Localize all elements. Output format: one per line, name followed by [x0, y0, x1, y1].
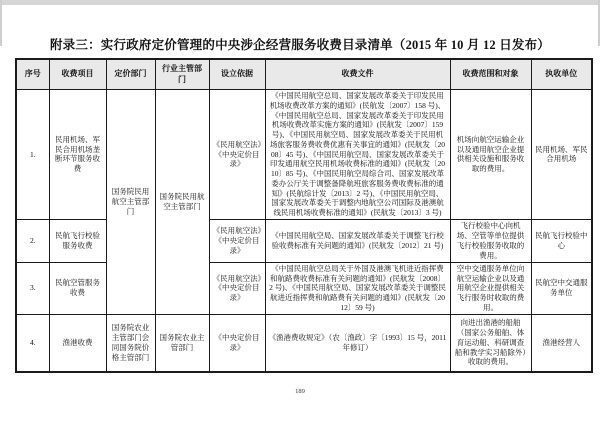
column-header-pricing-dept: 定价部门	[106, 59, 155, 90]
basis-cell: 《中央定价目录》	[209, 314, 265, 372]
table-row: 2. 民航飞行校验服务收费 《民用航空法》《中央定价目录》 《中国民用航空局、国…	[16, 219, 592, 262]
fees-table: 序号 收费项目 定价部门 行业主管部门 设立依据 收费文件 收费范围和对象 执收…	[15, 58, 593, 373]
column-header-documents: 收费文件	[265, 59, 450, 90]
documents-cell: 《中国民用航空总局关于外国及港澳飞机进近指挥费和航路费收费标准有关问题的通知》(…	[265, 262, 450, 314]
column-header-industry-dept: 行业主管部门	[155, 59, 209, 90]
basis-cell: 《民用航空法》《中央定价目录》	[209, 262, 265, 314]
table-row: 4. 渔港收费 国务院农业主管部门会同国务院价格主管部门 国务院农业主管部门 《…	[16, 314, 592, 372]
item-cell: 民航空管服务收费	[49, 262, 106, 314]
page-title: 附录三：实行政府定价管理的中央涉企经营服务收费目录清单（2015 年 10 月 …	[0, 35, 600, 53]
serial-cell: 4.	[16, 314, 49, 372]
item-cell: 民航飞行校验服务收费	[49, 219, 106, 262]
documents-cell: 《中国民用航空局、国家发展改革委关于调整飞行校验收费标准有关问题的通知》(民航发…	[265, 219, 450, 262]
documents-cell: 《渔港费收规定》（农〔渔政〕字〔1993〕15 号，2011 年修订）	[265, 314, 450, 372]
documents-cell: 《中国民用航空总局、国家发展改革委关于印发民用机场收费改革方案的通知》(民航发〔…	[265, 90, 450, 220]
item-cell: 民用机场、军民合用机场垄断环节服务收费	[49, 90, 106, 220]
scope-cell: 空中交通服务单位向航空运输企业以及通用航空企业提供相关飞行服务时收取的费用。	[450, 262, 531, 314]
industry-dept-cell: 国务院农业主管部门	[155, 314, 209, 372]
column-header-scope: 收费范围和对象	[450, 59, 531, 90]
scope-cell: 机场向航空运输企业以及通用航空企业提供相关设施和服务收取的费用。	[450, 90, 531, 220]
serial-cell: 2.	[16, 219, 49, 262]
column-header-serial: 序号	[16, 59, 49, 90]
column-header-basis: 设立依据	[209, 59, 265, 90]
unit-cell: 民用机场、军民合用机场	[531, 90, 592, 220]
scope-cell: 向进出渔港的船舶（国家公务船舶、体育运动船、科研调查船和教学实习船除外）收取的费…	[450, 314, 531, 372]
scope-cell: 飞行校验中心向机场、空管等单位提供飞行校验服务收取的费用。	[450, 219, 531, 262]
column-header-unit: 执收单位	[531, 59, 592, 90]
unit-cell: 民航飞行校验中心	[531, 219, 592, 262]
scan-edge-top	[0, 0, 600, 5]
document-page: 附录三：实行政府定价管理的中央涉企经营服务收费目录清单（2015 年 10 月 …	[0, 0, 600, 424]
table-header-row: 序号 收费项目 定价部门 行业主管部门 设立依据 收费文件 收费范围和对象 执收…	[16, 59, 592, 90]
table-row: 1. 民用机场、军民合用机场垄断环节服务收费 国务院民用航空主管部门 国务院民用…	[16, 90, 592, 220]
unit-cell: 民航空中交通服务单位	[531, 262, 592, 314]
industry-dept-cell: 国务院民用航空主管部门	[155, 90, 209, 315]
basis-cell: 《民用航空法》《中央定价目录》	[209, 219, 265, 262]
pricing-dept-cell: 国务院民用航空主管部门	[106, 90, 155, 315]
unit-cell: 渔港经营人	[531, 314, 592, 372]
serial-cell: 1.	[16, 90, 49, 220]
basis-cell: 《民用航空法》《中央定价目录》	[209, 90, 265, 220]
serial-cell: 3.	[16, 262, 49, 314]
pricing-dept-cell: 国务院农业主管部门会同国务院价格主管部门	[106, 314, 155, 372]
item-cell: 渔港收费	[49, 314, 106, 372]
column-header-item: 收费项目	[49, 59, 106, 90]
table-row: 3. 民航空管服务收费 《民用航空法》《中央定价目录》 《中国民用航空总局关于外…	[16, 262, 592, 314]
page-number: 189	[0, 388, 600, 395]
